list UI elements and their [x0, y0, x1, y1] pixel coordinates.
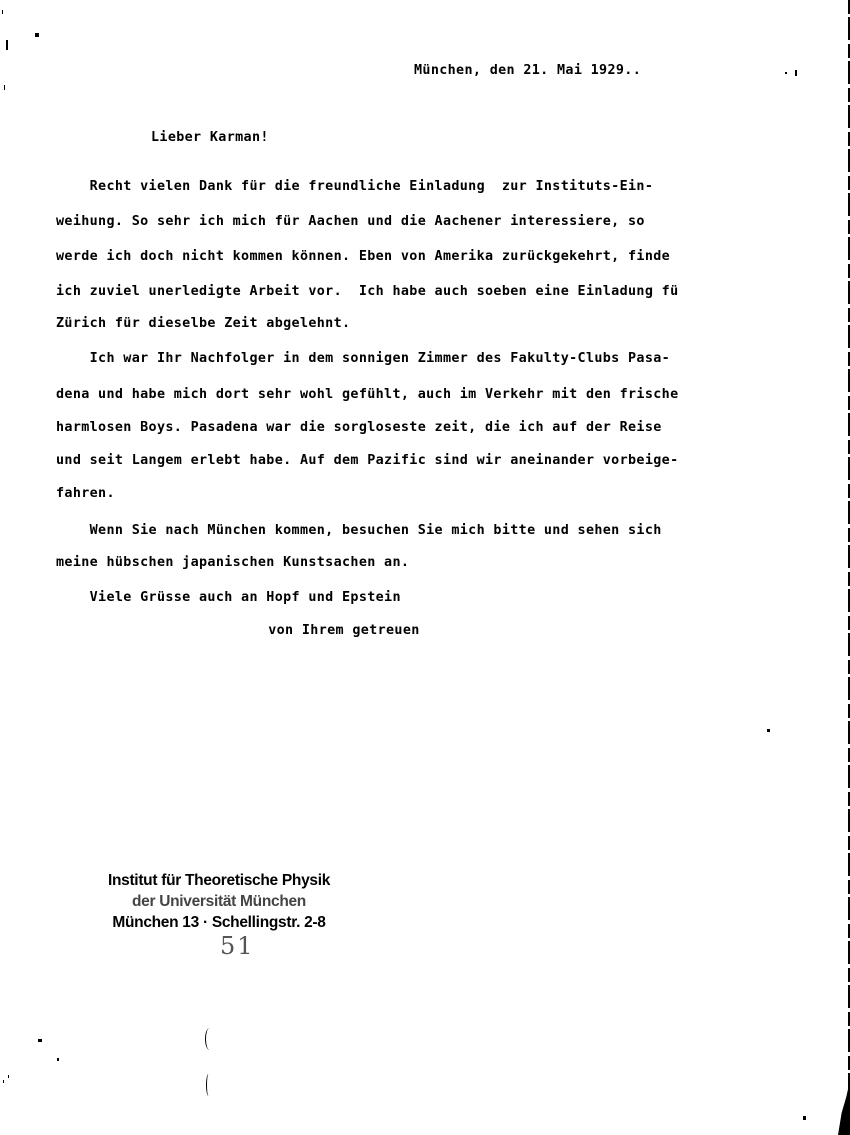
body-line: meine hübschen japanischen Kunstsachen a… — [56, 556, 409, 569]
body-line: und seit Langem erlebt habe. Auf dem Paz… — [56, 454, 678, 467]
letter-page: München, den 21. Mai 1929.. Lieber Karma… — [0, 0, 850, 1135]
scan-speck — [785, 72, 787, 74]
body-line: Zürich für dieselbe Zeit abgelehnt. — [56, 317, 350, 330]
scan-speck — [35, 33, 39, 37]
body-line: dena und habe mich dort sehr wohl gefühl… — [56, 388, 678, 401]
stamp-line-3: München 13 · Schellingstr. 2-8 — [107, 912, 331, 933]
stamp-line-2: der Universität München — [107, 891, 331, 912]
scan-speck — [803, 1116, 806, 1120]
scan-speck — [8, 1075, 9, 1078]
salutation: Lieber Karman! — [151, 131, 269, 144]
body-line: Recht vielen Dank für die freundliche Ei… — [56, 180, 653, 193]
institute-stamp: Institut für Theoretische Physik der Uni… — [107, 870, 331, 933]
scan-speck — [795, 70, 797, 76]
body-line: Ich war Ihr Nachfolger in dem sonnigen Z… — [56, 352, 670, 365]
scan-edge-smudge — [838, 1080, 850, 1135]
pencil-mark — [205, 1028, 214, 1050]
body-line: werde ich doch nicht kommen können. Eben… — [56, 250, 670, 263]
scan-speck — [57, 1058, 59, 1061]
body-line: fahren. — [56, 487, 115, 500]
scan-speck — [2, 10, 3, 14]
body-line: harmlosen Boys. Pasadena war die sorglos… — [56, 421, 662, 434]
body-line: Wenn Sie nach München kommen, besuchen S… — [56, 524, 662, 537]
closing-signature-line: von Ihrem getreuen — [100, 624, 420, 637]
body-line: ich zuviel unerledigte Arbeit vor. Ich h… — [56, 285, 678, 298]
date-line: München, den 21. Mai 1929.. — [414, 64, 641, 77]
stamp-line-1: Institut für Theoretische Physik — [107, 870, 331, 891]
scan-speck — [767, 729, 770, 732]
scan-speck — [38, 1039, 42, 1042]
scan-speck — [4, 85, 5, 90]
body-line: weihung. So sehr ich mich für Aachen und… — [56, 215, 645, 228]
page-number: 51 — [220, 932, 255, 960]
scan-speck — [3, 1080, 4, 1083]
scan-speck — [6, 40, 8, 50]
pencil-mark — [206, 1074, 211, 1096]
closing-line: Viele Grüsse auch an Hopf und Epstein — [56, 591, 401, 604]
